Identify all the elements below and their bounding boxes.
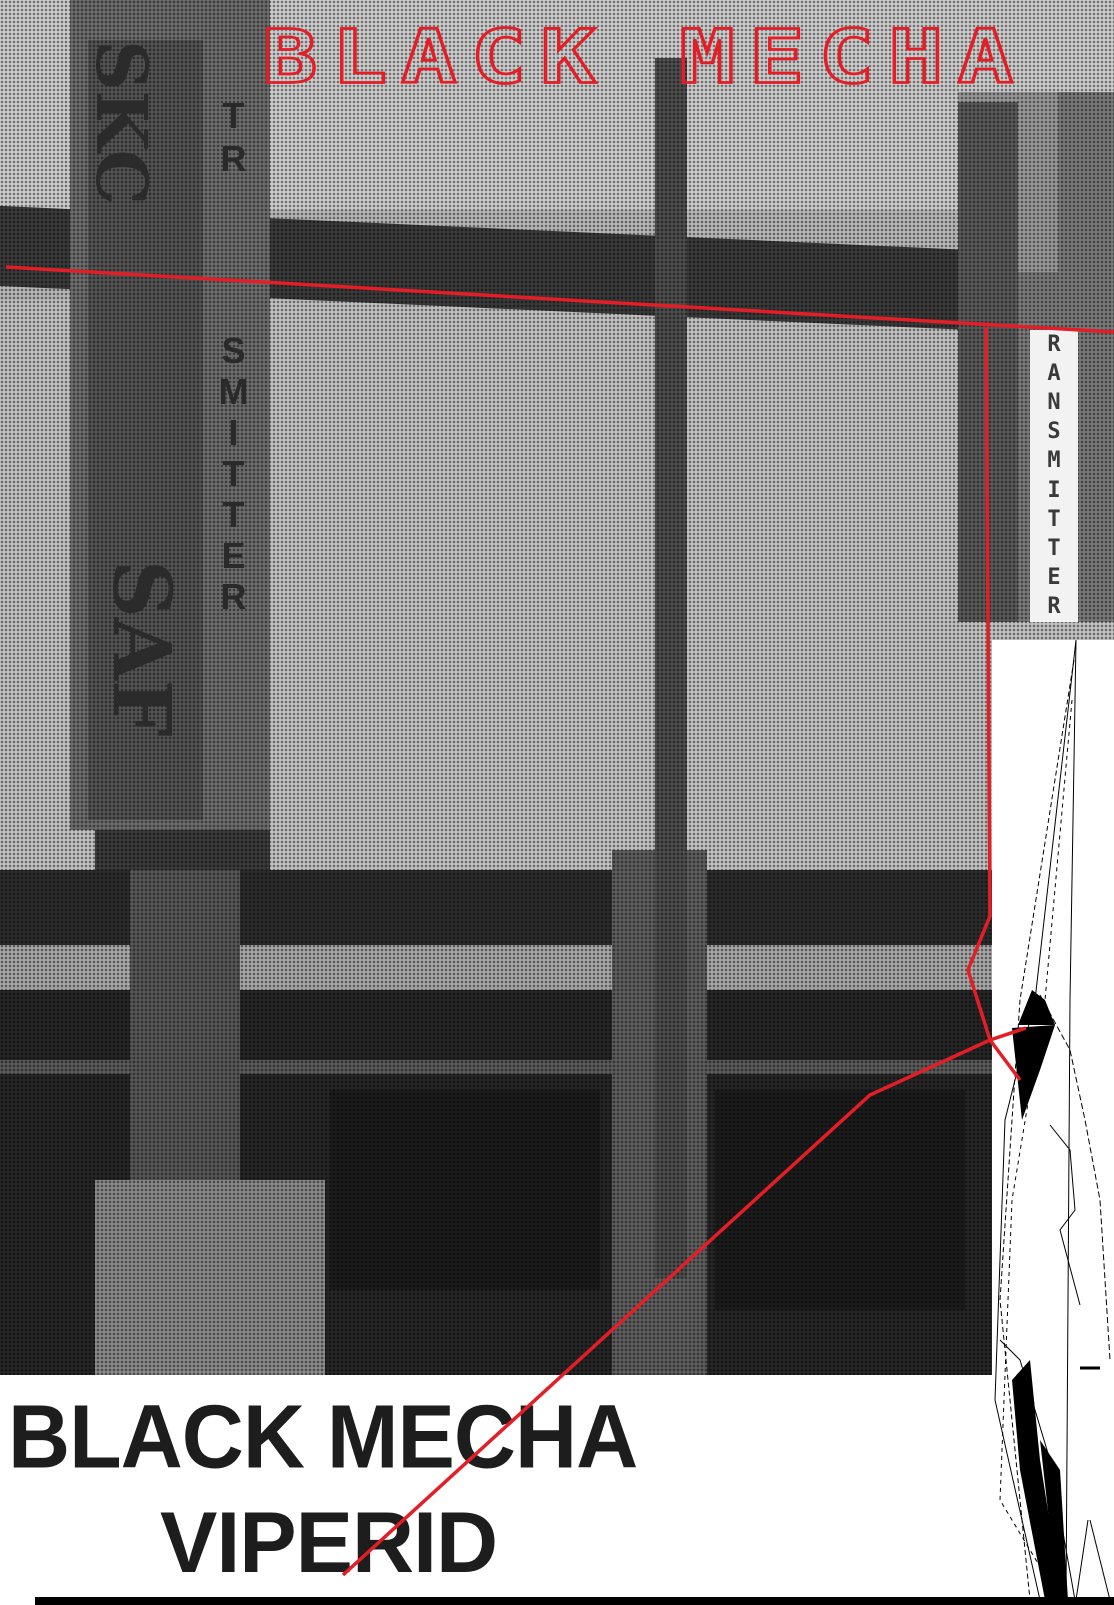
album-artwork: SKC SAF TR SMITTER RANSMITTER BLACK MECH… <box>0 0 1114 1605</box>
sign-letter: T <box>1047 538 1060 560</box>
graffiti-tag: SKC <box>80 40 163 205</box>
halftone-photo: SKC SAF TR SMITTER <box>0 0 1114 1375</box>
sign-letter: A <box>1047 363 1060 385</box>
sign-letter: N <box>1047 392 1060 414</box>
sign-letter: E <box>1047 567 1060 589</box>
sign-letter: I <box>1047 480 1060 502</box>
bottom-rule <box>35 1597 1114 1605</box>
pillar-base-block <box>95 1180 325 1375</box>
dark-panel <box>330 1090 600 1290</box>
graffiti-tag: SAF <box>95 560 189 737</box>
pillar-shadow <box>958 102 1018 622</box>
right-pillar-sign: RANSMITTER <box>1030 330 1078 622</box>
pillar-sign-top-text: TR <box>212 95 254 181</box>
pillar-sign-lower-text: SMITTER <box>212 330 254 617</box>
sign-letter: R <box>1047 596 1060 618</box>
red-title: BLACK MECHA <box>262 22 1072 94</box>
dark-panel <box>715 1090 965 1310</box>
caption-album-title: VIPERID <box>160 1500 497 1586</box>
red-title-text: BLACK MECHA <box>262 21 1027 95</box>
sign-letter: S <box>1047 421 1060 443</box>
sign-letter: M <box>1047 450 1060 472</box>
sign-letter: R <box>1047 334 1060 356</box>
glitch-panel <box>992 640 1114 1605</box>
caption-artist-name: BLACK MECHA <box>8 1392 637 1482</box>
center-pole <box>655 58 687 1278</box>
pillar-legs <box>95 830 270 870</box>
sign-letter: T <box>1047 509 1060 531</box>
